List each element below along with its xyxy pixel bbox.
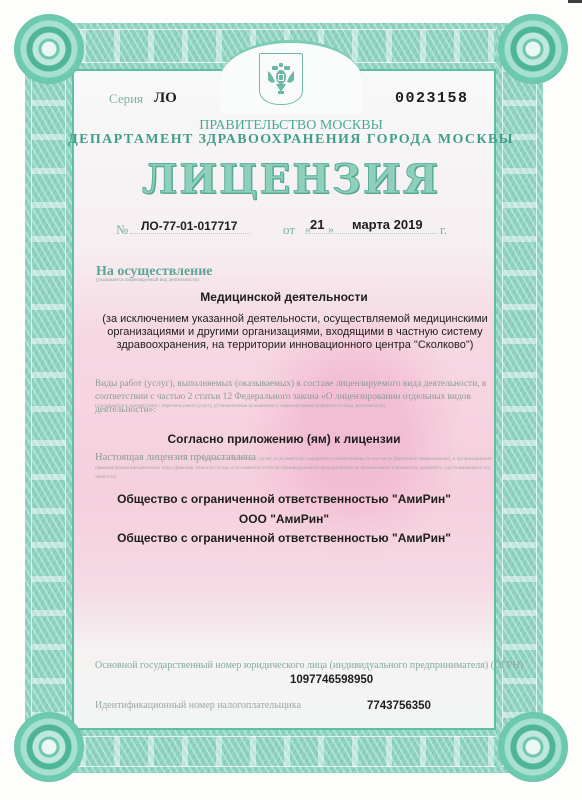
licensee-brand-name: Общество с ограниченной ответственностью… bbox=[74, 531, 494, 545]
inn-value: 7743756350 bbox=[367, 700, 431, 712]
license-day: 21 bbox=[310, 217, 324, 232]
serial-number: 0023158 bbox=[395, 90, 469, 107]
corner-rosette-icon bbox=[14, 712, 84, 782]
works-value: Согласно приложению (ям) к лицензии bbox=[74, 432, 494, 446]
activity-name: Медицинской деятельности bbox=[74, 290, 494, 304]
works-label: Виды работ (услуг), выполняемых (оказыва… bbox=[95, 378, 495, 417]
document-title: ЛИЦЕНЗИЯ bbox=[0, 156, 582, 203]
bottom-border-band bbox=[25, 730, 543, 773]
licensee-full-name: Общество с ограниченной ответственностью… bbox=[74, 492, 494, 506]
date-underline bbox=[305, 233, 437, 234]
number-underline bbox=[130, 233, 250, 234]
licensee-short-name: ООО "АмиРин" bbox=[74, 512, 494, 526]
series-value: ЛО bbox=[154, 90, 177, 107]
activity-hint: (указывается лицензируемый вид деятельно… bbox=[96, 278, 199, 283]
ogrn-label: Основной государственный номер юридическ… bbox=[95, 660, 523, 671]
quote-close: » bbox=[328, 222, 334, 237]
scan-edge-mark bbox=[568, 0, 582, 3]
corner-rosette-icon bbox=[498, 14, 568, 84]
licensee-hint: (указывается полное и (в случае, если им… bbox=[95, 455, 495, 482]
ogrn-value: 1097746598950 bbox=[290, 674, 373, 686]
licensee-hint-text: (указывается полное и (в случае, если им… bbox=[95, 457, 493, 480]
license-number: ЛО-77-01-017717 bbox=[141, 219, 237, 233]
license-month-year: марта 2019 bbox=[352, 217, 423, 232]
number-label: № bbox=[116, 222, 128, 238]
series-label: Серия bbox=[109, 91, 143, 107]
department-name: ДЕПАРТАМЕНТ ЗДРАВООХРАНЕНИЯ ГОРОДА МОСКВ… bbox=[0, 132, 582, 148]
corner-rosette-icon bbox=[498, 712, 568, 782]
works-hint: (указываются в соответствии с перечнем р… bbox=[95, 404, 495, 409]
inn-label: Идентификационный номер налогоплательщик… bbox=[95, 700, 301, 711]
coat-of-arms-icon bbox=[259, 53, 303, 105]
eagle-icon bbox=[266, 62, 296, 96]
corner-rosette-icon bbox=[14, 14, 84, 84]
date-from-label: от bbox=[283, 222, 295, 238]
activity-note: (за исключением указанной деятельности, … bbox=[80, 313, 510, 352]
year-suffix: г. bbox=[440, 222, 447, 238]
